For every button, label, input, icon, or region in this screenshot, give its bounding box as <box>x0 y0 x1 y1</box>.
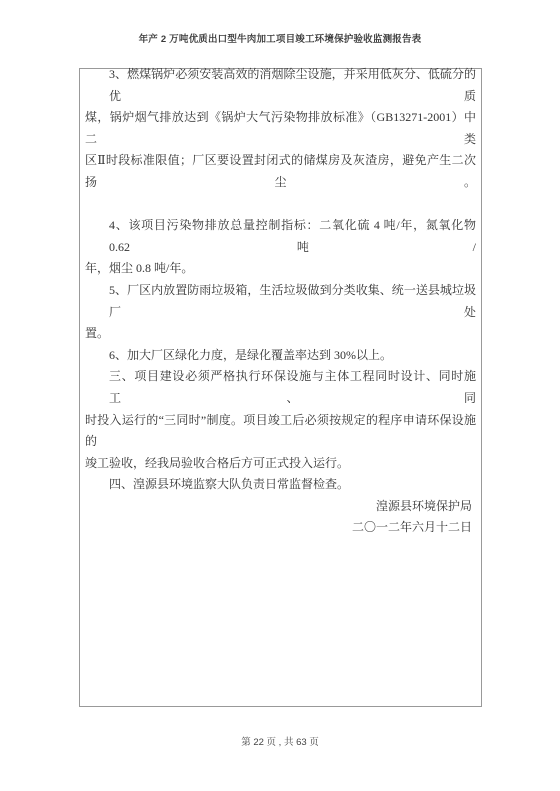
text-line: 3、燃煤锅炉必须安装高效的消烟除尘设施，并采用低灰分、低硫分的优质 <box>85 64 476 107</box>
text-line: 四、湟源县环境监察大队负责日常监督检查。 <box>85 474 476 496</box>
text-line: 煤，锅炉烟气排放达到《锅炉大气污染物排放标准》（GB13271-2001）中二类 <box>85 107 476 150</box>
signature-date-line: 二〇一二年六月十二日 <box>85 517 476 539</box>
text-line: 4、该项目污染物排放总量控制指标：二氧化硫 4 吨/年，氮氧化物 0.62 吨/ <box>85 215 476 258</box>
text-line: 5、厂区内放置防雨垃圾箱，生活垃圾做到分类收集、统一送县城垃圾厂处 <box>85 280 476 323</box>
text-line: 年，烟尘 0.8 吨/年。 <box>85 258 476 280</box>
blank-line <box>85 194 476 216</box>
signature-agency-line: 湟源县环境保护局 <box>85 496 476 518</box>
document-page: 年产 2 万吨优质出口型牛肉加工项目竣工环境保护验收监测报告表 3、燃煤锅炉必须… <box>0 0 560 791</box>
text-line: 置。 <box>85 323 476 345</box>
page-number-footer: 第 22 页 , 共 63 页 <box>0 734 560 748</box>
cell-text-block: 3、燃煤锅炉必须安装高效的消烟除尘设施，并采用低灰分、低硫分的优质 煤，锅炉烟气… <box>80 64 481 539</box>
report-table-cell: 3、燃煤锅炉必须安装高效的消烟除尘设施，并采用低灰分、低硫分的优质 煤，锅炉烟气… <box>79 68 482 707</box>
text-line: 三、项目建设必须严格执行环保设施与主体工程同时设计、同时施工、同 <box>85 366 476 409</box>
text-line: 时投入运行的“三同时”制度。项目竣工后必须按规定的程序申请环保设施的 <box>85 410 476 453</box>
text-line: 6、加大厂区绿化力度，是绿化覆盖率达到 30%以上。 <box>85 345 476 367</box>
text-line: 区Ⅱ时段标准限值；厂区要设置封闭式的储煤房及灰渣房，避免产生二次扬尘。 <box>85 150 476 193</box>
document-header-title: 年产 2 万吨优质出口型牛肉加工项目竣工环境保护验收监测报告表 <box>0 31 560 45</box>
text-line: 竣工验收，经我局验收合格后方可正式投入运行。 <box>85 453 476 475</box>
